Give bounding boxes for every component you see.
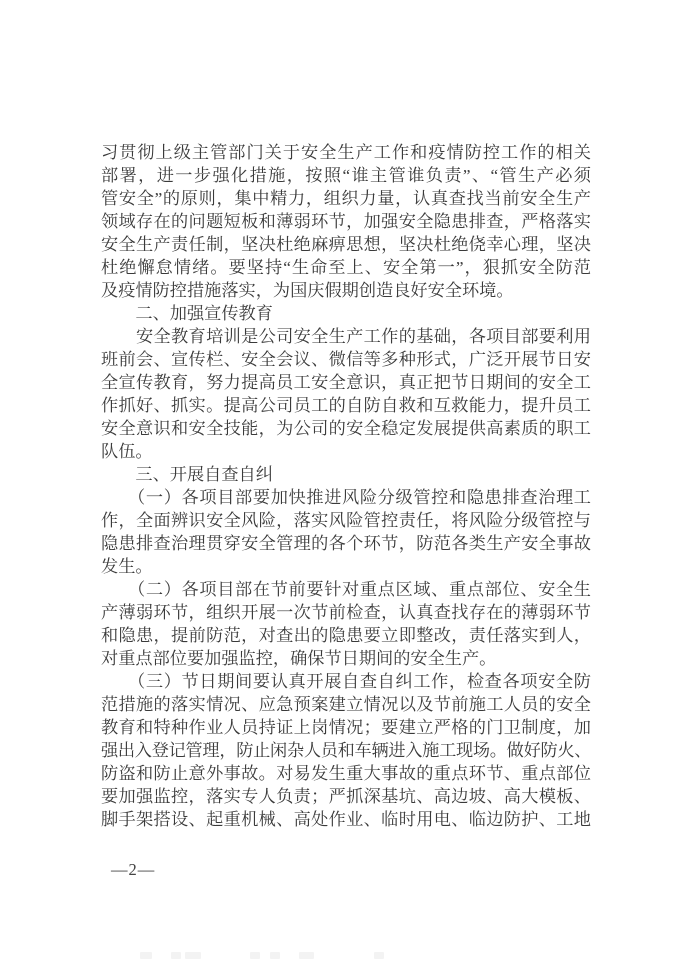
- text-line: 安全生产责任制，坚决杜绝麻痹思想，坚决杜绝侥幸心理，坚决: [101, 233, 591, 256]
- text-line: 领域存在的问题短板和薄弱环节，加强安全隐患排查，严格落实: [101, 210, 591, 233]
- text-line: 防盗和防止意外事故。对易发生重大事故的重点环节、重点部位: [101, 762, 591, 785]
- text-line: 三、开展自查自纠: [101, 463, 591, 486]
- text-line: 全宣传教育，努力提高员工安全意识，真正把节日期间的安全工: [101, 371, 591, 394]
- text-line: 脚手架搭设、起重机械、高处作业、临时用电、临边防护、工地: [101, 808, 591, 831]
- text-line: 二、加强宣传教育: [101, 302, 591, 325]
- text-line: 作抓好、抓实。提高公司员工的自防自救和互救能力，提升员工: [101, 394, 591, 417]
- text-line: （二）各项目部在节前要针对重点区域、重点部位、安全生: [101, 578, 591, 601]
- text-line: 产薄弱环节，组织开展一次节前检查，认真查找存在的薄弱环节: [101, 601, 591, 624]
- text-line: 安全意识和安全技能，为公司的安全稳定发展提供高素质的职工: [101, 417, 591, 440]
- text-line: 教育和特种作业人员持证上岗情况；要建立严格的门卫制度，加: [101, 716, 591, 739]
- text-line: 班前会、宣传栏、安全会议、微信等多种形式，广泛开展节日安: [101, 348, 591, 371]
- document-body: 习贯彻上级主管部门关于安全生产工作和疫情防控工作的相关部署，进一步强化措施，按照…: [101, 141, 591, 831]
- text-line: 隐患排查治理贯穿安全管理的各个环节，防范各类生产安全事故: [101, 532, 591, 555]
- text-line: 作，全面辨识安全风险，落实风险管控责任，将风险分级管控与: [101, 509, 591, 532]
- text-line: 要加强监控，落实专人负责；严抓深基坑、高边坡、高大模板、: [101, 785, 591, 808]
- bleed-mark: [250, 952, 260, 959]
- text-line: 发生。: [101, 555, 591, 578]
- text-line: 安全教育培训是公司安全生产工作的基础，各项目部要利用: [101, 325, 591, 348]
- scanned-document-page: 习贯彻上级主管部门关于安全生产工作和疫情防控工作的相关部署，进一步强化措施，按照…: [0, 0, 679, 960]
- bleed-mark: [270, 952, 280, 959]
- text-line: 对重点部位要加强监控，确保节日期间的安全生产。: [101, 647, 591, 670]
- text-line: 强出入登记管理，防止闲杂人员和车辆进入施工现场。做好防火、: [101, 739, 591, 762]
- bleed-mark: [185, 952, 201, 959]
- text-line: 杜绝懈怠情绪。要坚持“生命至上、安全第一”，狠抓安全防范: [101, 256, 591, 279]
- text-line: （一）各项目部要加快推进风险分级管控和隐患排查治理工: [101, 486, 591, 509]
- text-line: 和隐患，提前防范，对查出的隐患要立即整改，责任落实到人，: [101, 624, 591, 647]
- text-line: 及疫情防控措施落实，为国庆假期创造良好安全环境。: [101, 279, 591, 302]
- text-line: （三）节日期间要认真开展自查自纠工作，检查各项安全防: [101, 670, 591, 693]
- page-number: —2—: [111, 858, 155, 881]
- bleed-mark: [374, 952, 384, 959]
- text-line: 部署，进一步强化措施，按照“谁主管谁负责”、“管生产必须: [101, 164, 591, 187]
- bleed-through-marks: [0, 951, 679, 960]
- bleed-mark: [140, 952, 152, 959]
- text-line: 队伍。: [101, 440, 591, 463]
- bleed-mark: [171, 952, 181, 959]
- bleed-mark: [299, 952, 314, 959]
- text-line: 习贯彻上级主管部门关于安全生产工作和疫情防控工作的相关: [101, 141, 591, 164]
- text-line: 管安全”的原则，集中精力，组织力量，认真查找当前安全生产: [101, 187, 591, 210]
- text-line: 范措施的落实情况、应急预案建立情况以及节前施工人员的安全: [101, 693, 591, 716]
